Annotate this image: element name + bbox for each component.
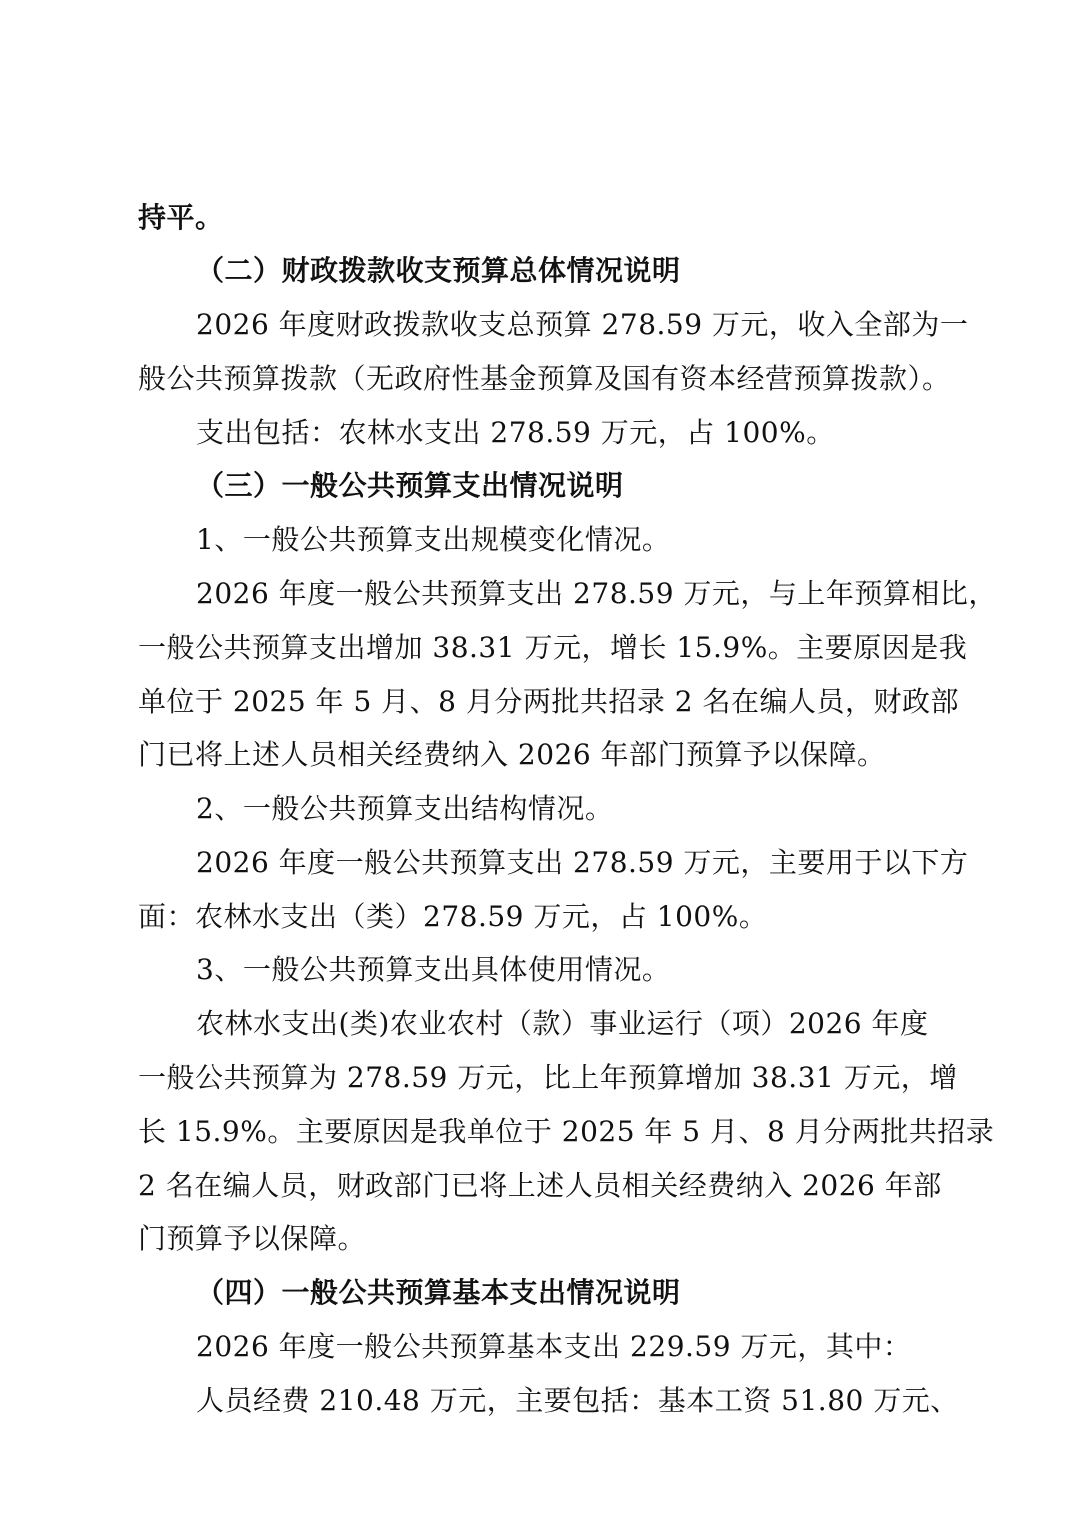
continuation-text: 持平。 [138, 198, 938, 238]
paragraph-line: 支出包括：农林水支出 278.59 万元，占 100%。 [196, 413, 996, 453]
paragraph-line: 一般公共预算支出增加 38.31 万元，增长 15.9%。主要原因是我 [138, 628, 938, 668]
paragraph-line: 长 15.9%。主要原因是我单位于 2025 年 5 月、8 月分两批共招录 [138, 1112, 938, 1152]
subheading-2: 2、一般公共预算支出结构情况。 [196, 789, 996, 829]
section-heading-4: （四）一般公共预算基本支出情况说明 [196, 1273, 996, 1313]
paragraph-line: 面：农林水支出（类）278.59 万元，占 100%。 [138, 897, 938, 937]
paragraph-line: 2026 年度一般公共预算支出 278.59 万元，主要用于以下方 [196, 843, 996, 883]
paragraph-line: 2026 年度财政拨款收支总预算 278.59 万元，收入全部为一 [196, 305, 996, 345]
section-heading-3: （三）一般公共预算支出情况说明 [196, 466, 996, 506]
document-page: 持平。 （二）财政拨款收支预算总体情况说明 2026 年度财政拨款收支总预算 2… [0, 0, 1074, 1520]
paragraph-line: 农林水支出(类)农业农村（款）事业运行（项）2026 年度 [196, 1004, 996, 1044]
paragraph-line: 单位于 2025 年 5 月、8 月分两批共招录 2 名在编人员，财政部 [138, 682, 938, 722]
paragraph-line: 2026 年度一般公共预算支出 278.59 万元，与上年预算相比， [196, 574, 996, 614]
paragraph-line: 门已将上述人员相关经费纳入 2026 年部门预算予以保障。 [138, 735, 938, 775]
paragraph-line: 人员经费 210.48 万元，主要包括：基本工资 51.80 万元、 [196, 1381, 996, 1421]
subheading-3: 3、一般公共预算支出具体使用情况。 [196, 950, 996, 990]
paragraph-line: 一般公共预算为 278.59 万元，比上年预算增加 38.31 万元，增 [138, 1058, 938, 1098]
paragraph-line: 般公共预算拨款（无政府性基金预算及国有资本经营预算拨款）。 [138, 359, 938, 399]
paragraph-line: 门预算予以保障。 [138, 1219, 938, 1259]
subheading-1: 1、一般公共预算支出规模变化情况。 [196, 520, 996, 560]
section-heading-2: （二）财政拨款收支预算总体情况说明 [196, 251, 996, 291]
paragraph-line: 2 名在编人员，财政部门已将上述人员相关经费纳入 2026 年部 [138, 1166, 938, 1206]
paragraph-line: 2026 年度一般公共预算基本支出 229.59 万元，其中： [196, 1327, 996, 1367]
